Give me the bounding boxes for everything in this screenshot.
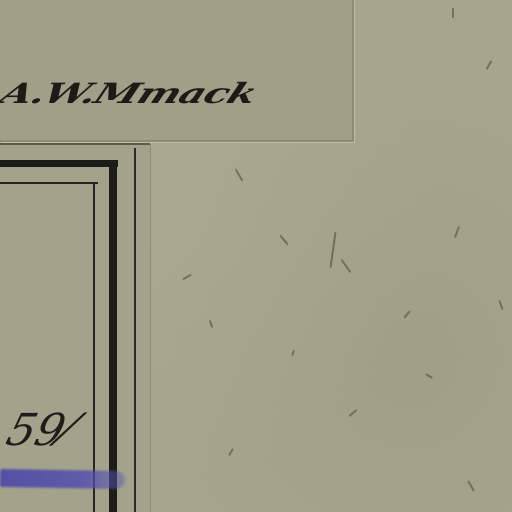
- frame-border-right: [109, 160, 117, 512]
- index-card: [0, 144, 151, 512]
- label-slip: A.W.Mmack: [0, 0, 354, 142]
- handwritten-signature: A.W.Mmack: [0, 77, 262, 110]
- frame-border-top: [0, 160, 118, 167]
- frame-inner-border-top: [0, 182, 98, 184]
- frame-inner-border-right: [93, 182, 95, 512]
- card-rule-line: [134, 148, 136, 512]
- blue-crayon-mark: [0, 469, 125, 489]
- paper-fiber: [452, 8, 454, 18]
- card-edge: [0, 143, 150, 145]
